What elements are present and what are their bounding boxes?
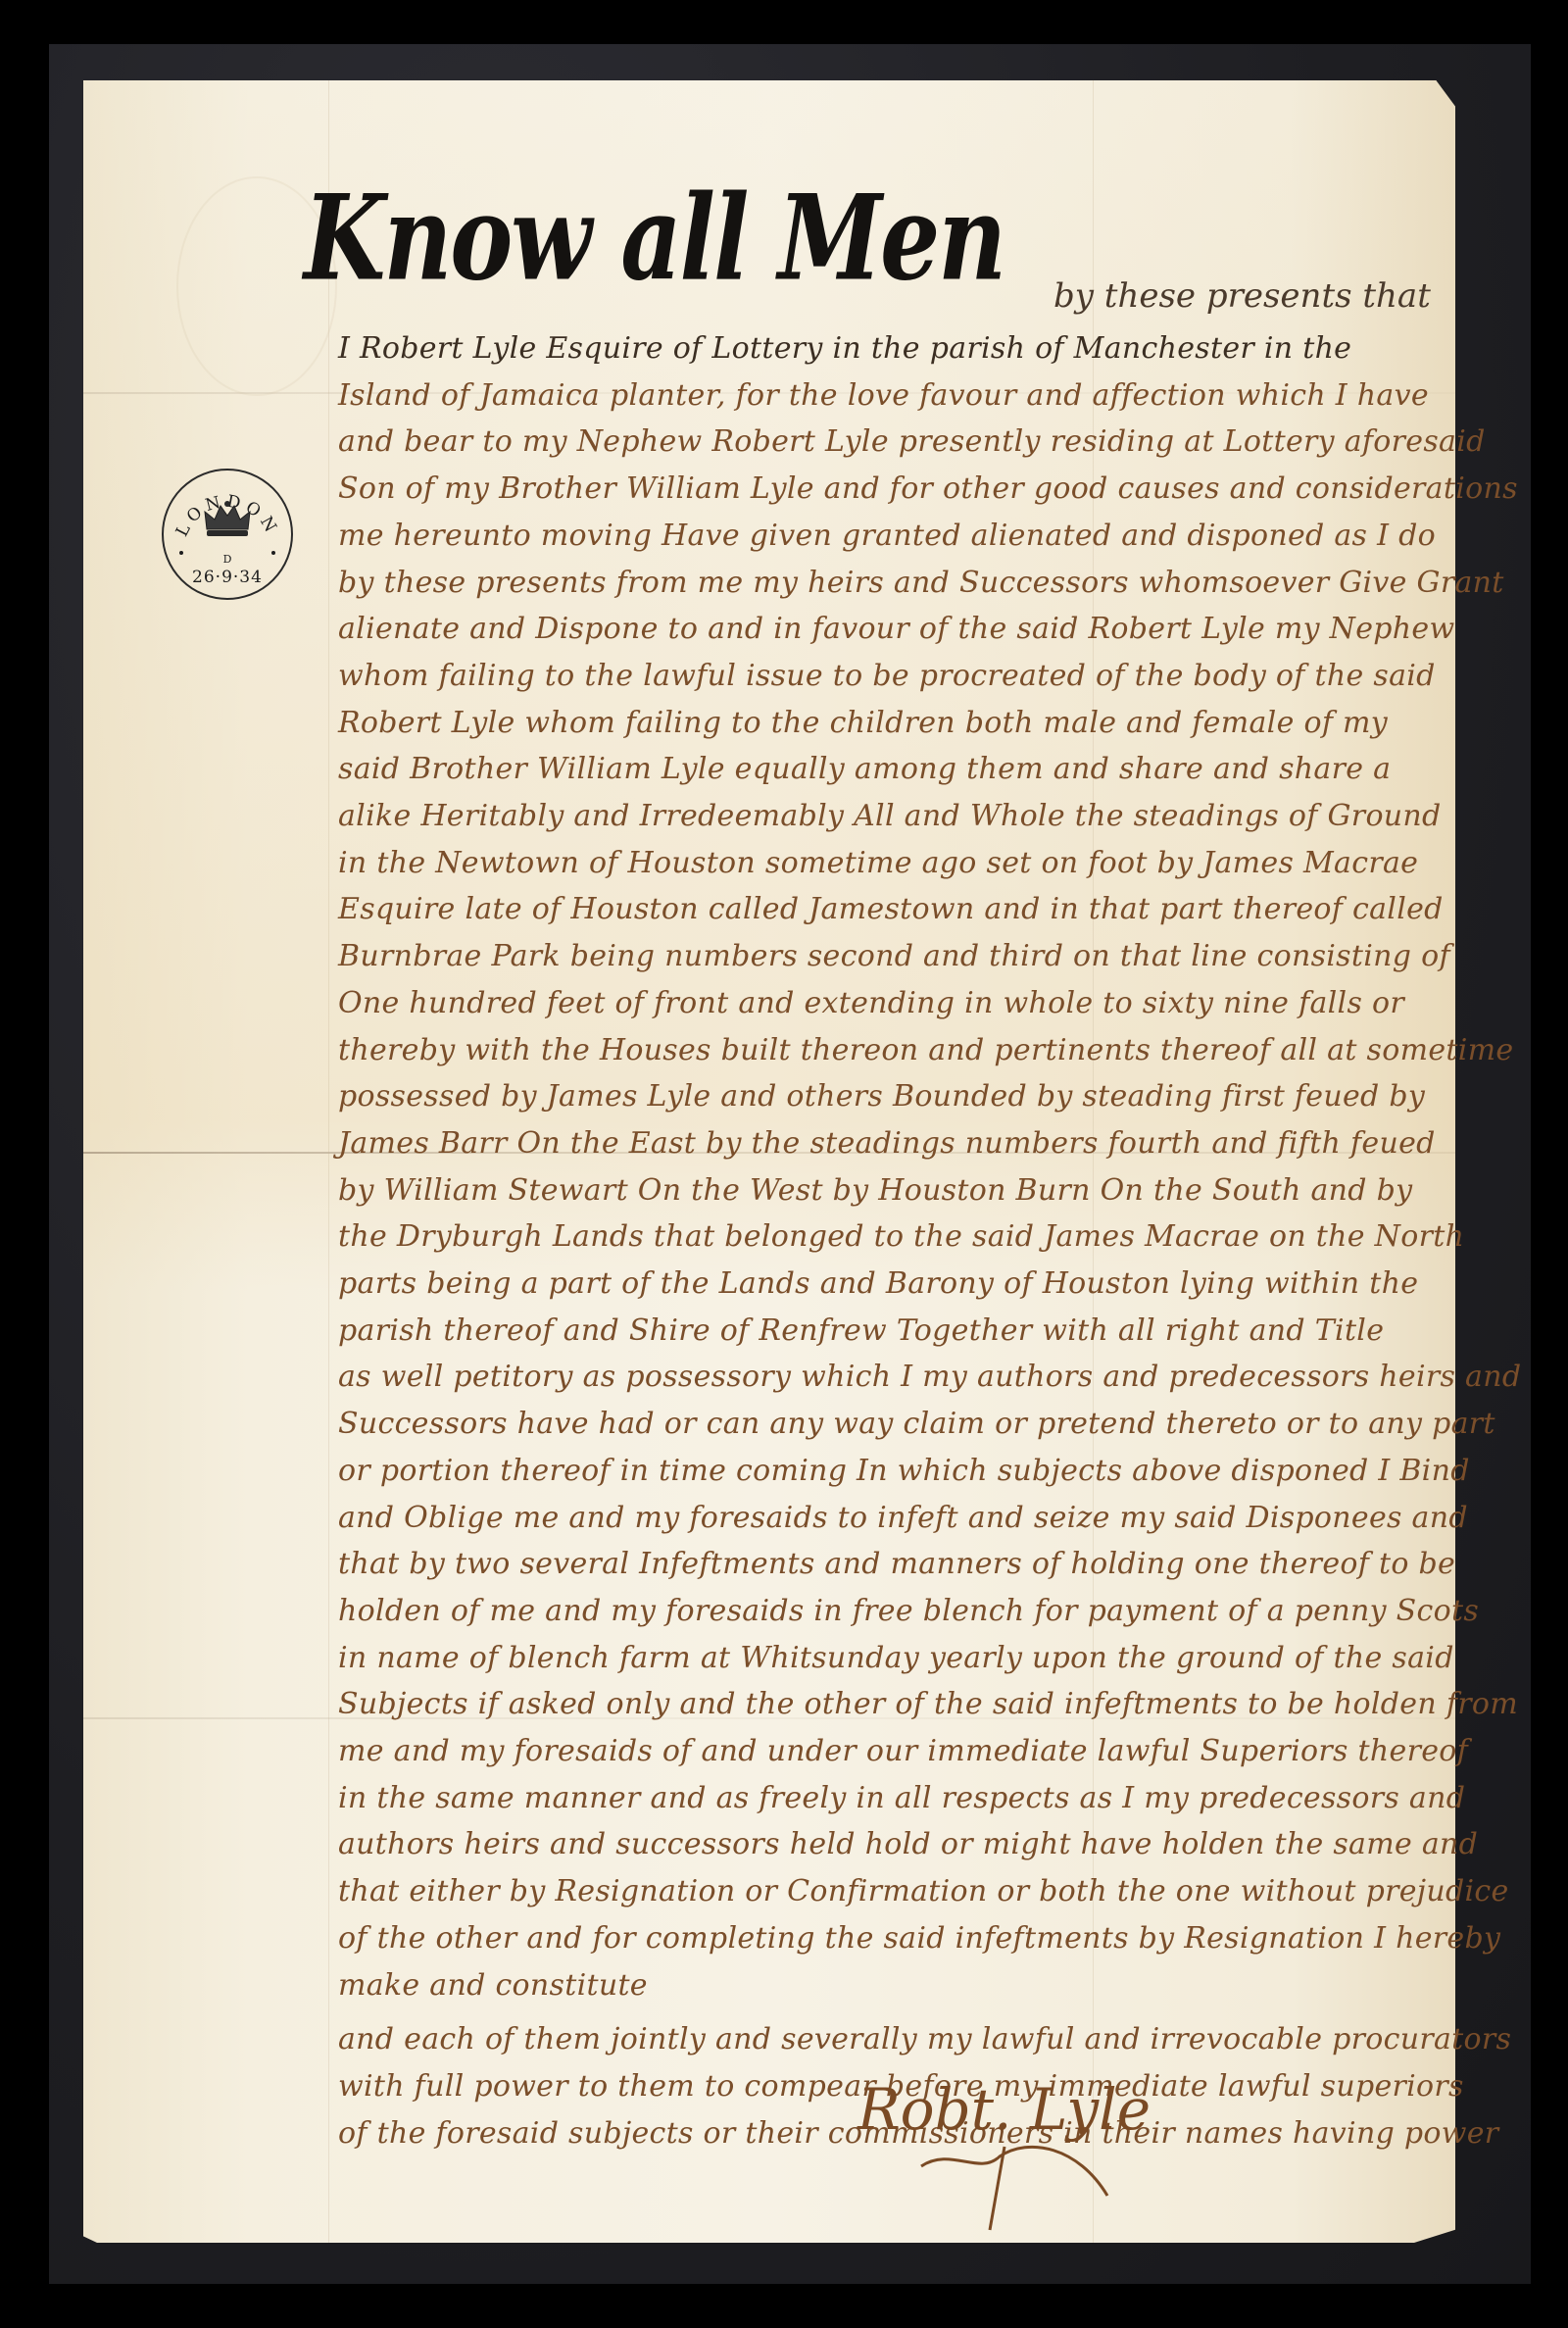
document-line: alienate and Dispone to and in favour of… [338, 612, 1455, 646]
document-line: and bear to my Nephew Robert Lyle presen… [338, 424, 1455, 459]
document-line: Island of Jamaica planter, for the love … [338, 378, 1455, 413]
document-line: parts being a part of the Lands and Baro… [338, 1266, 1455, 1301]
document-line: the Dryburgh Lands that belonged to the … [338, 1219, 1455, 1254]
document-line: in name of blench farm at Whitsunday yea… [338, 1641, 1455, 1675]
document-line: parish thereof and Shire of Renfrew Toge… [338, 1313, 1455, 1348]
document-line: of the other and for completing the said… [338, 1921, 1455, 1956]
postmark-letter: D [164, 553, 291, 566]
document-line: by these presents from me my heirs and S… [338, 566, 1455, 600]
document-line: in the same manner and as freely in all … [338, 1781, 1455, 1815]
document-line: Son of my Brother William Lyle and for o… [338, 471, 1455, 506]
document-line: me hereunto moving Have given granted al… [338, 519, 1455, 553]
document-line: and Oblige me and my foresaids to infeft… [338, 1501, 1455, 1535]
document-line: Successors have had or can any way claim… [338, 1407, 1455, 1441]
title-continuation: by these presents that [1053, 276, 1431, 316]
document-line: or portion thereof in time coming In whi… [338, 1454, 1455, 1488]
document-line: said Brother William Lyle equally among … [338, 752, 1455, 786]
document-line: that either by Resignation or Confirmati… [338, 1874, 1455, 1908]
document-line: me and my foresaids of and under our imm… [338, 1734, 1455, 1768]
document-line: authors heirs and successors held hold o… [338, 1827, 1455, 1861]
document-line: possessed by James Lyle and others Bound… [338, 1079, 1455, 1114]
document-line: holden of me and my foresaids in free bl… [338, 1594, 1455, 1628]
document-line: by William Stewart On the West by Housto… [338, 1173, 1455, 1208]
london-postmark-stamp: LONDON D 26·9·34 [162, 469, 293, 600]
document-line: Esquire late of Houston called Jamestown… [338, 892, 1455, 926]
document-line: and each of them jointly and severally m… [338, 2022, 1455, 2056]
document-line: I Robert Lyle Esquire of Lottery in the … [338, 331, 1455, 366]
document-line: One hundred feet of front and extending … [338, 986, 1455, 1020]
document-line: in the Newtown of Houston sometime ago s… [338, 846, 1455, 880]
document-line: Burnbrae Park being numbers second and t… [338, 939, 1455, 973]
document-line: make and constitute [338, 1968, 1455, 2003]
document-line: Robert Lyle whom failing to the children… [338, 706, 1455, 740]
document-line: alike Heritably and Irredeemably All and… [338, 799, 1455, 833]
document-line: that by two several Infeftments and mann… [338, 1547, 1455, 1581]
signature: Robt. Lyle [857, 2076, 1151, 2143]
document-line: as well petitory as possessory which I m… [338, 1360, 1455, 1394]
signature-flourish-icon [911, 2137, 1166, 2235]
postmark-date: 26·9·34 [164, 568, 291, 587]
document-line: Subjects if asked only and the other of … [338, 1687, 1455, 1721]
document-line: whom failing to the lawful issue to be p… [338, 659, 1455, 693]
document-line: James Barr On the East by the steadings … [338, 1126, 1455, 1161]
document-title: Know all Men [304, 169, 1004, 307]
fold-line-vertical-left [328, 80, 329, 2243]
document-line: thereby with the Houses built thereon an… [338, 1033, 1455, 1067]
crown-icon [201, 500, 254, 539]
